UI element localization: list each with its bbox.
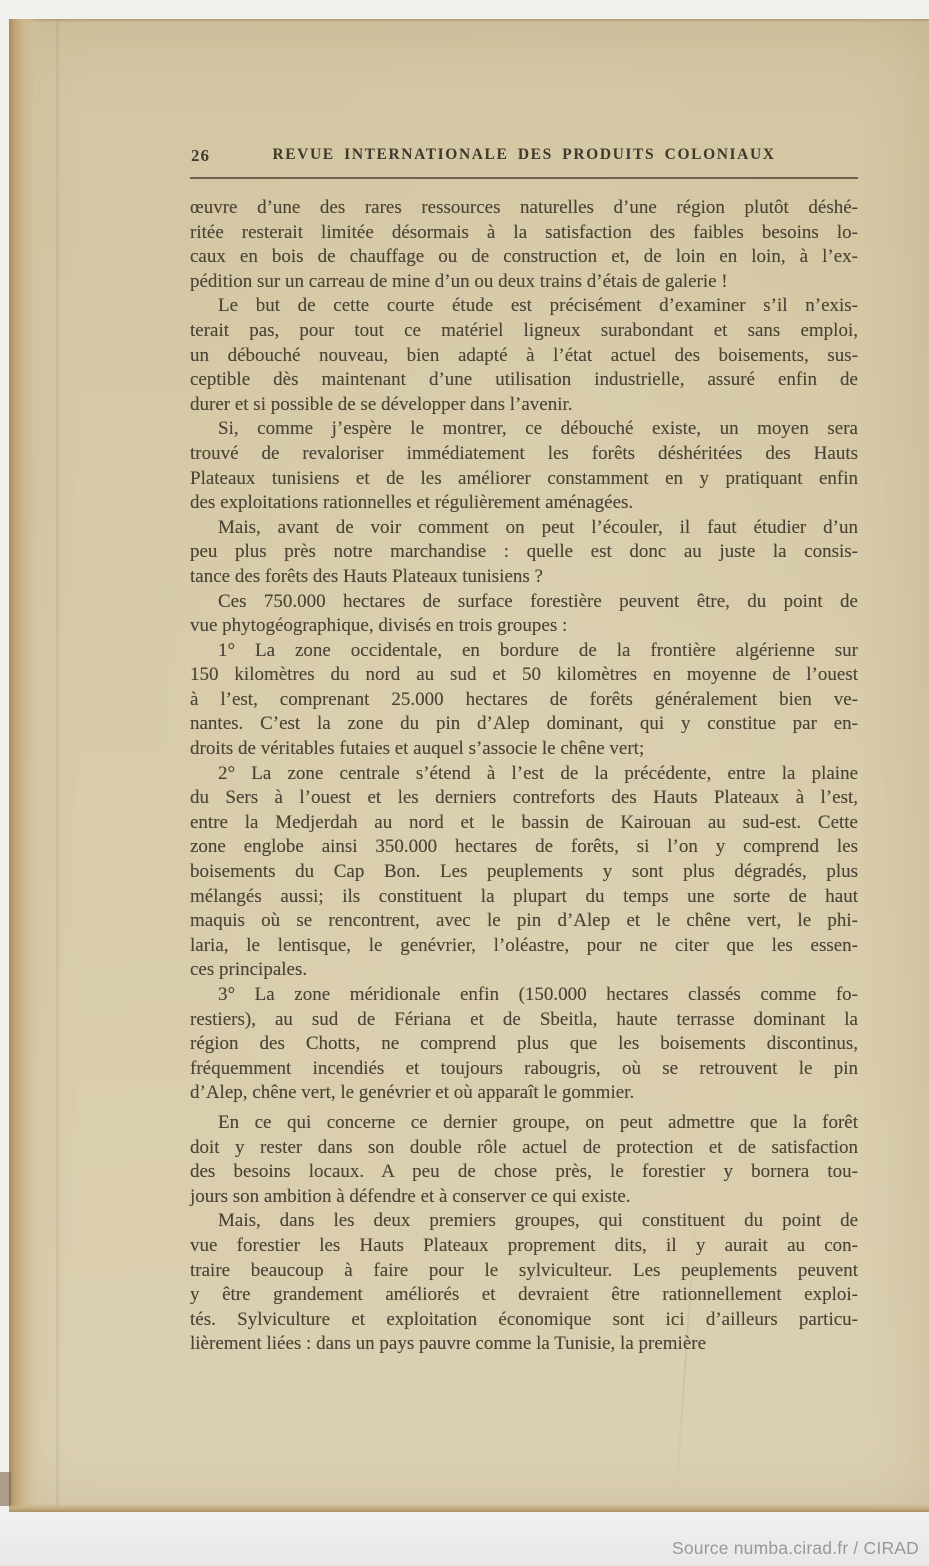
text-line: nantes. C’est la zone du pin d’Alep domi… — [190, 712, 858, 737]
text-line: région des Chotts, ne comprend plus que … — [190, 1032, 858, 1057]
text-line: des besoins locaux. A peu de chose près,… — [190, 1160, 858, 1185]
text-line: durer et si possible de se développer da… — [190, 393, 858, 418]
text-line: caux en bois de chauffage ou de construc… — [190, 245, 858, 270]
page-bottom-edge — [9, 1504, 929, 1512]
running-header: 26 REVUE INTERNATIONALE DES PRODUITS COL… — [190, 146, 858, 168]
journal-title: REVUE INTERNATIONALE DES PRODUITS COLONI… — [190, 146, 858, 164]
text-line: d’Alep, chêne vert, le genévrier et où a… — [190, 1081, 858, 1106]
text-line: des exploitations rationnelles et réguli… — [190, 491, 858, 516]
text-line: mélangés aussi; ils constituent la plupa… — [190, 885, 858, 910]
text-line: vue phytogéographique, divisés en trois … — [190, 614, 858, 639]
paragraph: Le but de cette courte étude est précisé… — [190, 294, 858, 417]
text-line: ceptible dès maintenant d’une utilisatio… — [190, 368, 858, 393]
book-spine-shadow — [9, 19, 43, 1512]
book-page: 26 REVUE INTERNATIONALE DES PRODUITS COL… — [9, 19, 929, 1512]
source-attribution: Source numba.cirad.fr / CIRAD — [672, 1538, 919, 1559]
header-rule — [190, 177, 858, 179]
printed-content: 26 REVUE INTERNATIONALE DES PRODUITS COL… — [190, 19, 858, 1512]
text-line: un débouché nouveau, bien adapté à l’éta… — [190, 344, 858, 369]
gutter-crease — [55, 19, 60, 1512]
text-line: tés. Sylviculture et exploitation économ… — [190, 1308, 858, 1333]
text-line: zone englobe ainsi 350.000 hectares de f… — [190, 835, 858, 860]
text-line: entre la Medjerdah au nord et le bassin … — [190, 811, 858, 836]
text-line: boisements du Cap Bon. Les peuplements y… — [190, 860, 858, 885]
text-line: Mais, dans les deux premiers groupes, qu… — [190, 1209, 858, 1234]
text-line: terait pas, pour tout ce matériel ligneu… — [190, 319, 858, 344]
paragraph: Mais, avant de voir comment on peut l’éc… — [190, 516, 858, 590]
paragraph: Ces 750.000 hectares de surface forestiè… — [190, 590, 858, 639]
text-line: tance des forêts des Hauts Plateaux tuni… — [190, 565, 858, 590]
text-line: peu plus près notre marchandise : quelle… — [190, 540, 858, 565]
paragraph: Si, comme j’espère le montrer, ce débouc… — [190, 417, 858, 515]
text-line: fréquemment incendiés et toujours raboug… — [190, 1057, 858, 1082]
text-line: traire beaucoup à faire pour le sylvicul… — [190, 1259, 858, 1284]
text-line: 2° La zone centrale s’étend à l’est de l… — [190, 762, 858, 787]
paragraph: 2° La zone centrale s’étend à l’est de l… — [190, 762, 858, 983]
text-line: restiers), au sud de Fériana et de Sbeit… — [190, 1008, 858, 1033]
text-line: 150 kilomètres du nord au sud et 50 kilo… — [190, 663, 858, 688]
text-line: Le but de cette courte étude est précisé… — [190, 294, 858, 319]
paragraph: œuvre d’une des rares ressources naturel… — [190, 196, 858, 294]
text-line: trouvé de revaloriser immédiatement les … — [190, 442, 858, 467]
page-number: 26 — [191, 146, 210, 166]
paragraph: En ce qui concerne ce dernier groupe, on… — [190, 1111, 858, 1209]
text-line: y être grandement améliorés et devraient… — [190, 1283, 858, 1308]
scanner-footer-bar: Source numba.cirad.fr / CIRAD — [0, 1512, 929, 1566]
text-line: pédition sur un carreau de mine d’un ou … — [190, 270, 858, 295]
text-line: Si, comme j’espère le montrer, ce débouc… — [190, 417, 858, 442]
text-line: jours son ambition à défendre et à conse… — [190, 1185, 858, 1210]
text-line: Ces 750.000 hectares de surface forestiè… — [190, 590, 858, 615]
scanned-page-viewer: 26 REVUE INTERNATIONALE DES PRODUITS COL… — [0, 0, 929, 1566]
paragraph: 3° La zone méridionale enfin (150.000 he… — [190, 983, 858, 1106]
text-line: laria, le lentisque, le genévrier, l’olé… — [190, 934, 858, 959]
text-line: doit y rester dans son double rôle actue… — [190, 1136, 858, 1161]
text-line: vue forestier les Hauts Plateaux proprem… — [190, 1234, 858, 1259]
text-line: à l’est, comprenant 25.000 hectares de f… — [190, 688, 858, 713]
text-line: 3° La zone méridionale enfin (150.000 he… — [190, 983, 858, 1008]
text-line: œuvre d’une des rares ressources naturel… — [190, 196, 858, 221]
paragraph: Mais, dans les deux premiers groupes, qu… — [190, 1209, 858, 1357]
text-line: 1° La zone occidentale, en bordure de la… — [190, 639, 858, 664]
text-line: ces principales. — [190, 958, 858, 983]
text-line: lièrement liées : dans un pays pauvre co… — [190, 1332, 858, 1357]
text-line: Plateaux tunisiens et de les améliorer c… — [190, 467, 858, 492]
text-line: maquis où se rencontrent, avec le pin d’… — [190, 909, 858, 934]
text-line: En ce qui concerne ce dernier groupe, on… — [190, 1111, 858, 1136]
spine-notch — [0, 1472, 11, 1506]
paragraph: 1° La zone occidentale, en bordure de la… — [190, 639, 858, 762]
text-line: ritée resterait limitée désormais à la s… — [190, 221, 858, 246]
text-line: du Sers à l’ouest et les derniers contre… — [190, 786, 858, 811]
text-line: Mais, avant de voir comment on peut l’éc… — [190, 516, 858, 541]
text-block: œuvre d’une des rares ressources naturel… — [190, 196, 858, 1357]
text-line: droits de véritables futaies et auquel s… — [190, 737, 858, 762]
